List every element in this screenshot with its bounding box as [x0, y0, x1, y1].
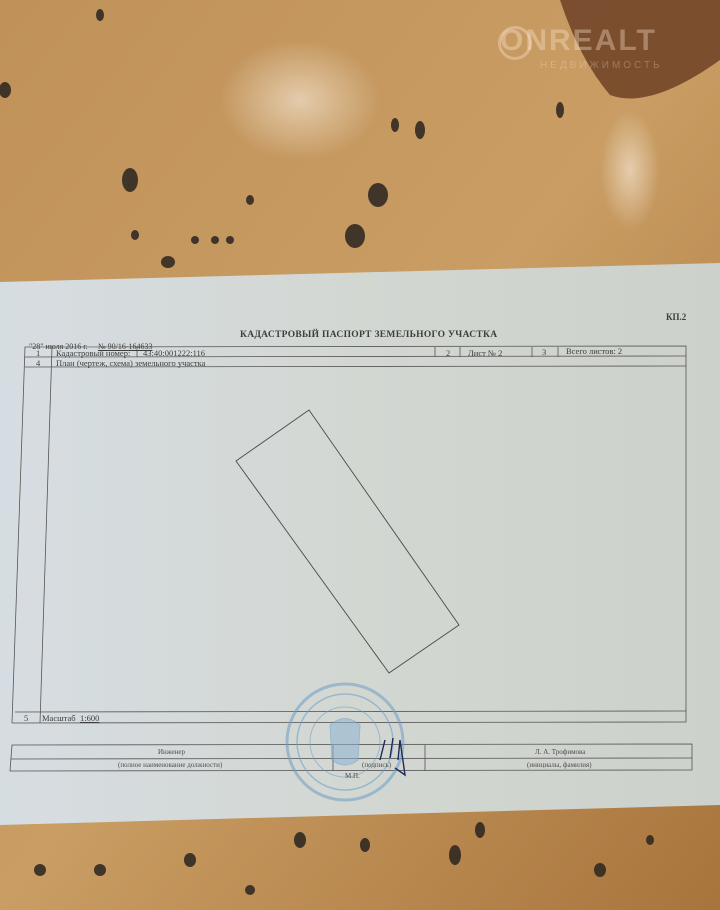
row-4-index: 4 [36, 358, 40, 368]
document-title: КАДАСТРОВЫЙ ПАСПОРТ ЗЕМЕЛЬНОГО УЧАСТКА [240, 330, 497, 340]
cadastral-number-label: Кадастровый номер: [56, 348, 130, 358]
row-1-index: 1 [36, 348, 40, 358]
row-3-index: 3 [542, 347, 546, 357]
watermark-brand: ONREALT [500, 24, 657, 58]
total-sheets: Всего листов: 2 [566, 346, 622, 356]
signer-name: Л. А. Трофимова [535, 748, 585, 756]
engineer-position: Инженер [158, 748, 185, 756]
position-caption: (полное наименование должности) [118, 761, 222, 769]
cadastral-number-value: 43:40:001222:116 [143, 348, 205, 358]
plan-label: План (чертеж, схема) земельного участка [56, 358, 205, 368]
watermark-tagline: НЕДВИЖИМОСТЬ [540, 60, 663, 71]
sheet-number: Лист № 2 [468, 348, 502, 358]
wood-table-background [0, 0, 720, 910]
row-5-index: 5 [24, 713, 28, 723]
row-2-index: 2 [446, 348, 450, 358]
form-code: КП.2 [666, 312, 686, 322]
scale-value: 1:600 [80, 713, 99, 723]
name-caption: (инициалы, фамилия) [527, 761, 592, 769]
photo-scene: ONREALT НЕДВИЖИМОСТЬ КП.2 КАДАСТРОВЫЙ ПА… [0, 0, 720, 910]
seal-caption: М.П. [345, 772, 360, 780]
scale-label: Масштаб [42, 713, 76, 723]
signature-caption: (подпись) [362, 761, 391, 769]
